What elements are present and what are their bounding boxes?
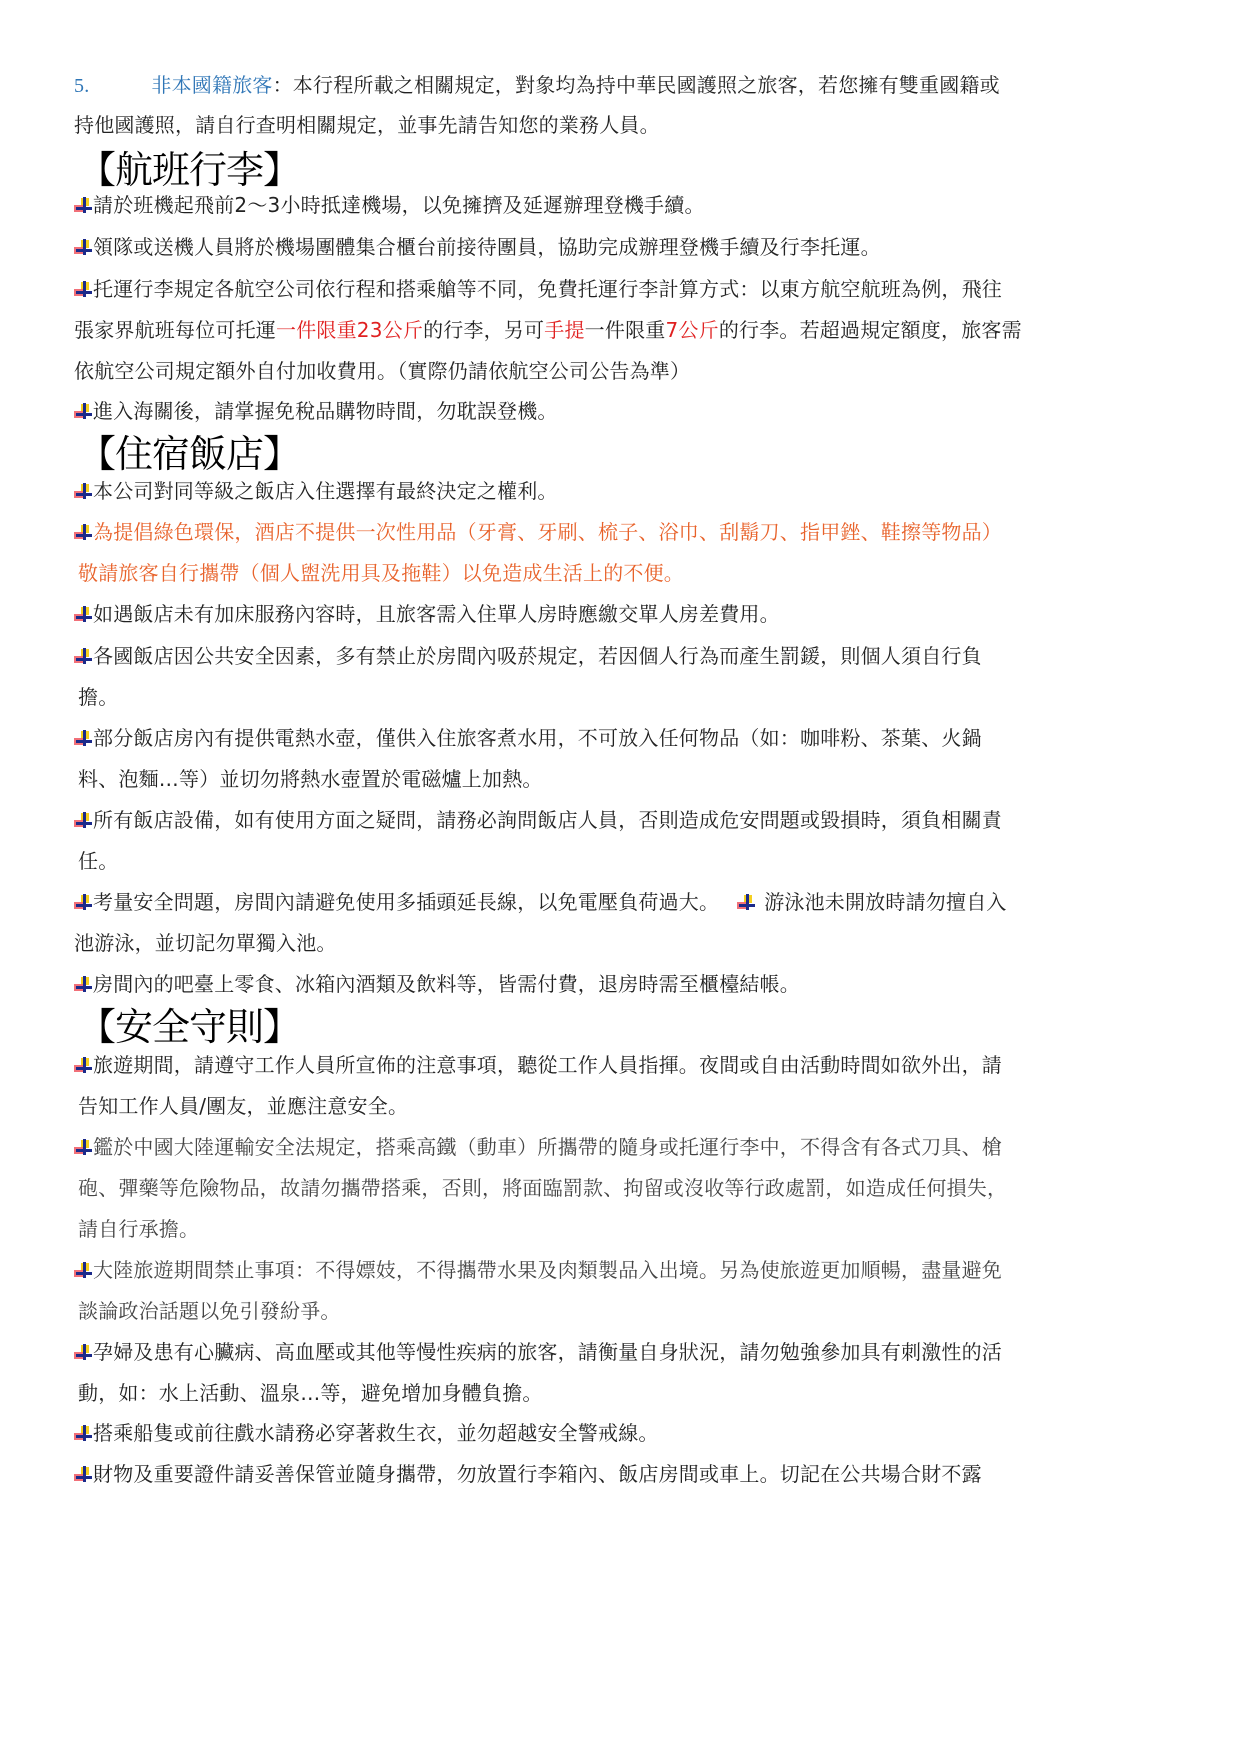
carry-on-limit: 7公斤 — [665, 318, 718, 342]
hotel-item-1: 本公司對同等級之飯店入住選擇有最終決定之權利。 — [74, 478, 1181, 504]
safety-item-5: 搭乘船隻或前往戲水請務必穿著救生衣，並勿超越安全警戒線。 — [74, 1420, 1181, 1446]
intro-line-1: 5.非本國籍旅客：本行程所載之相關規定，對象均為持中華民國護照之旅客，若您擁有雙… — [74, 72, 1181, 99]
intro-line-2: 持他國護照，請自行查明相關規定，並事先請告知您的業務人員。 — [74, 112, 1181, 138]
pushpin-bullet-icon — [74, 1424, 92, 1442]
hotel-item-4-line-2: 擔。 — [78, 684, 1181, 710]
safety-item-2-line-1: 鑑於中國大陸運輸安全法規定，搭乘高鐵（動車）所攜帶的隨身或托運行李中，不得含有各… — [74, 1134, 1181, 1160]
hotel-item-3: 如遇飯店未有加床服務內容時，且旅客需入住單人房時應繳交單人房差費用。 — [74, 601, 1181, 627]
pushpin-bullet-icon — [74, 196, 92, 214]
flight-customs: 進入海關後，請掌握免稅品購物時間，勿耽誤登機。 — [74, 398, 1181, 424]
flight-baggage-line-2: 張家界航班每位可托運一件限重23公斤的行李，另可手提一件限重7公斤的行李。若超過… — [74, 317, 1181, 343]
pushpin-bullet-icon — [74, 402, 92, 420]
checked-baggage-limit: 一件限重23公斤 — [276, 318, 423, 342]
safety-item-1-line-1: 旅遊期間，請遵守工作人員所宣佈的注意事項，聽從工作人員指揮。夜間或自由活動時間如… — [74, 1052, 1181, 1078]
hotel-item-5-line-1: 部分飯店房內有提供電熱水壺，僅供入住旅客煮水用，不可放入任何物品（如：咖啡粉、茶… — [74, 725, 1181, 751]
safety-item-2-line-3: 請自行承擔。 — [78, 1216, 1181, 1242]
pushpin-bullet-icon — [74, 1138, 92, 1156]
pushpin-bullet-icon — [74, 1056, 92, 1074]
safety-item-1-line-2: 告知工作人員/團友，並應注意安全。 — [78, 1093, 1181, 1119]
section-heading-safety: 【安全守則】 — [78, 1005, 300, 1049]
pushpin-bullet-icon — [74, 1261, 92, 1279]
pushpin-bullet-icon — [74, 482, 92, 500]
safety-item-6: 財物及重要證件請妥善保管並隨身攜帶，勿放置行李箱內、飯店房間或車上。切記在公共場… — [74, 1461, 1181, 1487]
hotel-eco-line-1: 為提倡綠色環保，酒店不提供一次性用品（牙膏、牙刷、梳子、浴巾、刮鬍刀、指甲銼、鞋… — [74, 519, 1181, 545]
pushpin-bullet-icon — [74, 729, 92, 747]
hotel-eco-line-2: 敬請旅客自行攜帶（個人盥洗用具及拖鞋）以免造成生活上的不便。 — [78, 560, 1181, 586]
hotel-item-7-line-1: 考量安全問題，房間內請避免使用多插頭延長線，以免電壓負荷過大。游泳池未開放時請勿… — [74, 889, 1181, 915]
hotel-item-6-line-2: 任。 — [78, 848, 1181, 874]
carry-on-label: 手提 — [544, 318, 584, 342]
document-page: 5.非本國籍旅客：本行程所載之相關規定，對象均為持中華民國護照之旅客，若您擁有雙… — [0, 0, 1241, 1755]
pushpin-bullet-icon — [74, 1465, 92, 1483]
hotel-item-8: 房間內的吧臺上零食、冰箱內酒類及飲料等，皆需付費，退房時需至櫃檯結帳。 — [74, 971, 1181, 997]
pushpin-bullet-icon — [74, 975, 92, 993]
pushpin-bullet-icon — [74, 1343, 92, 1361]
flight-baggage-line-3: 依航空公司規定額外自付加收費用。（實際仍請依航空公司公告為準） — [74, 358, 1181, 384]
hotel-item-6-line-1: 所有飯店設備，如有使用方面之疑問，請務必詢問飯店人員，否則造成危安問題或毀損時，… — [74, 807, 1181, 833]
flight-item-1: 請於班機起飛前2～3小時抵達機場，以免擁擠及延遲辦理登機手續。 — [74, 192, 1181, 218]
pushpin-bullet-icon — [74, 280, 92, 298]
hotel-item-7-line-2: 池游泳，並切記勿單獨入池。 — [74, 930, 1181, 956]
pushpin-bullet-icon — [74, 811, 92, 829]
pushpin-bullet-icon — [74, 893, 92, 911]
section-heading-hotel: 【住宿飯店】 — [78, 432, 300, 476]
hotel-item-5-line-2: 料、泡麵…等）並切勿將熱水壺置於電磁爐上加熱。 — [78, 766, 1181, 792]
safety-item-3-line-1: 大陸旅遊期間禁止事項：不得嫖妓，不得攜帶水果及肉類製品入出境。另為使旅遊更加順暢… — [74, 1257, 1181, 1283]
safety-item-2-line-2: 砲、彈藥等危險物品，故請勿攜帶搭乘，否則，將面臨罰款、拘留或沒收等行政處罰，如造… — [78, 1175, 1181, 1201]
list-number: 5. — [74, 75, 89, 97]
pushpin-bullet-icon — [74, 647, 92, 665]
pushpin-bullet-icon — [74, 238, 92, 256]
pushpin-bullet-icon — [74, 605, 92, 623]
pushpin-bullet-icon — [737, 893, 755, 911]
flight-baggage-line-1: 托運行李規定各航空公司依行程和搭乘艙等不同，免費托運行李計算方式：以東方航空航班… — [74, 276, 1181, 302]
intro-text: ：本行程所載之相關規定，對象均為持中華民國護照之旅客，若您擁有雙重國籍或 — [273, 73, 1000, 97]
pushpin-bullet-icon — [74, 523, 92, 541]
safety-item-4-line-1: 孕婦及患有心臟病、高血壓或其他等慢性疾病的旅客，請衡量自身狀況，請勿勉強參加具有… — [74, 1339, 1181, 1365]
hotel-item-4-line-1: 各國飯店因公共安全因素，多有禁止於房間內吸菸規定，若因個人行為而產生罰鍰，則個人… — [74, 643, 1181, 669]
foreign-traveler-label: 非本國籍旅客 — [151, 73, 272, 97]
section-heading-flight: 【航班行李】 — [78, 148, 300, 192]
safety-item-4-line-2: 動，如：水上活動、溫泉…等，避免增加身體負擔。 — [78, 1380, 1181, 1406]
flight-item-2: 領隊或送機人員將於機場團體集合櫃台前接待團員，協助完成辦理登機手續及行李托運。 — [74, 234, 1181, 260]
safety-item-3-line-2: 談論政治話題以免引發紛爭。 — [78, 1298, 1181, 1324]
